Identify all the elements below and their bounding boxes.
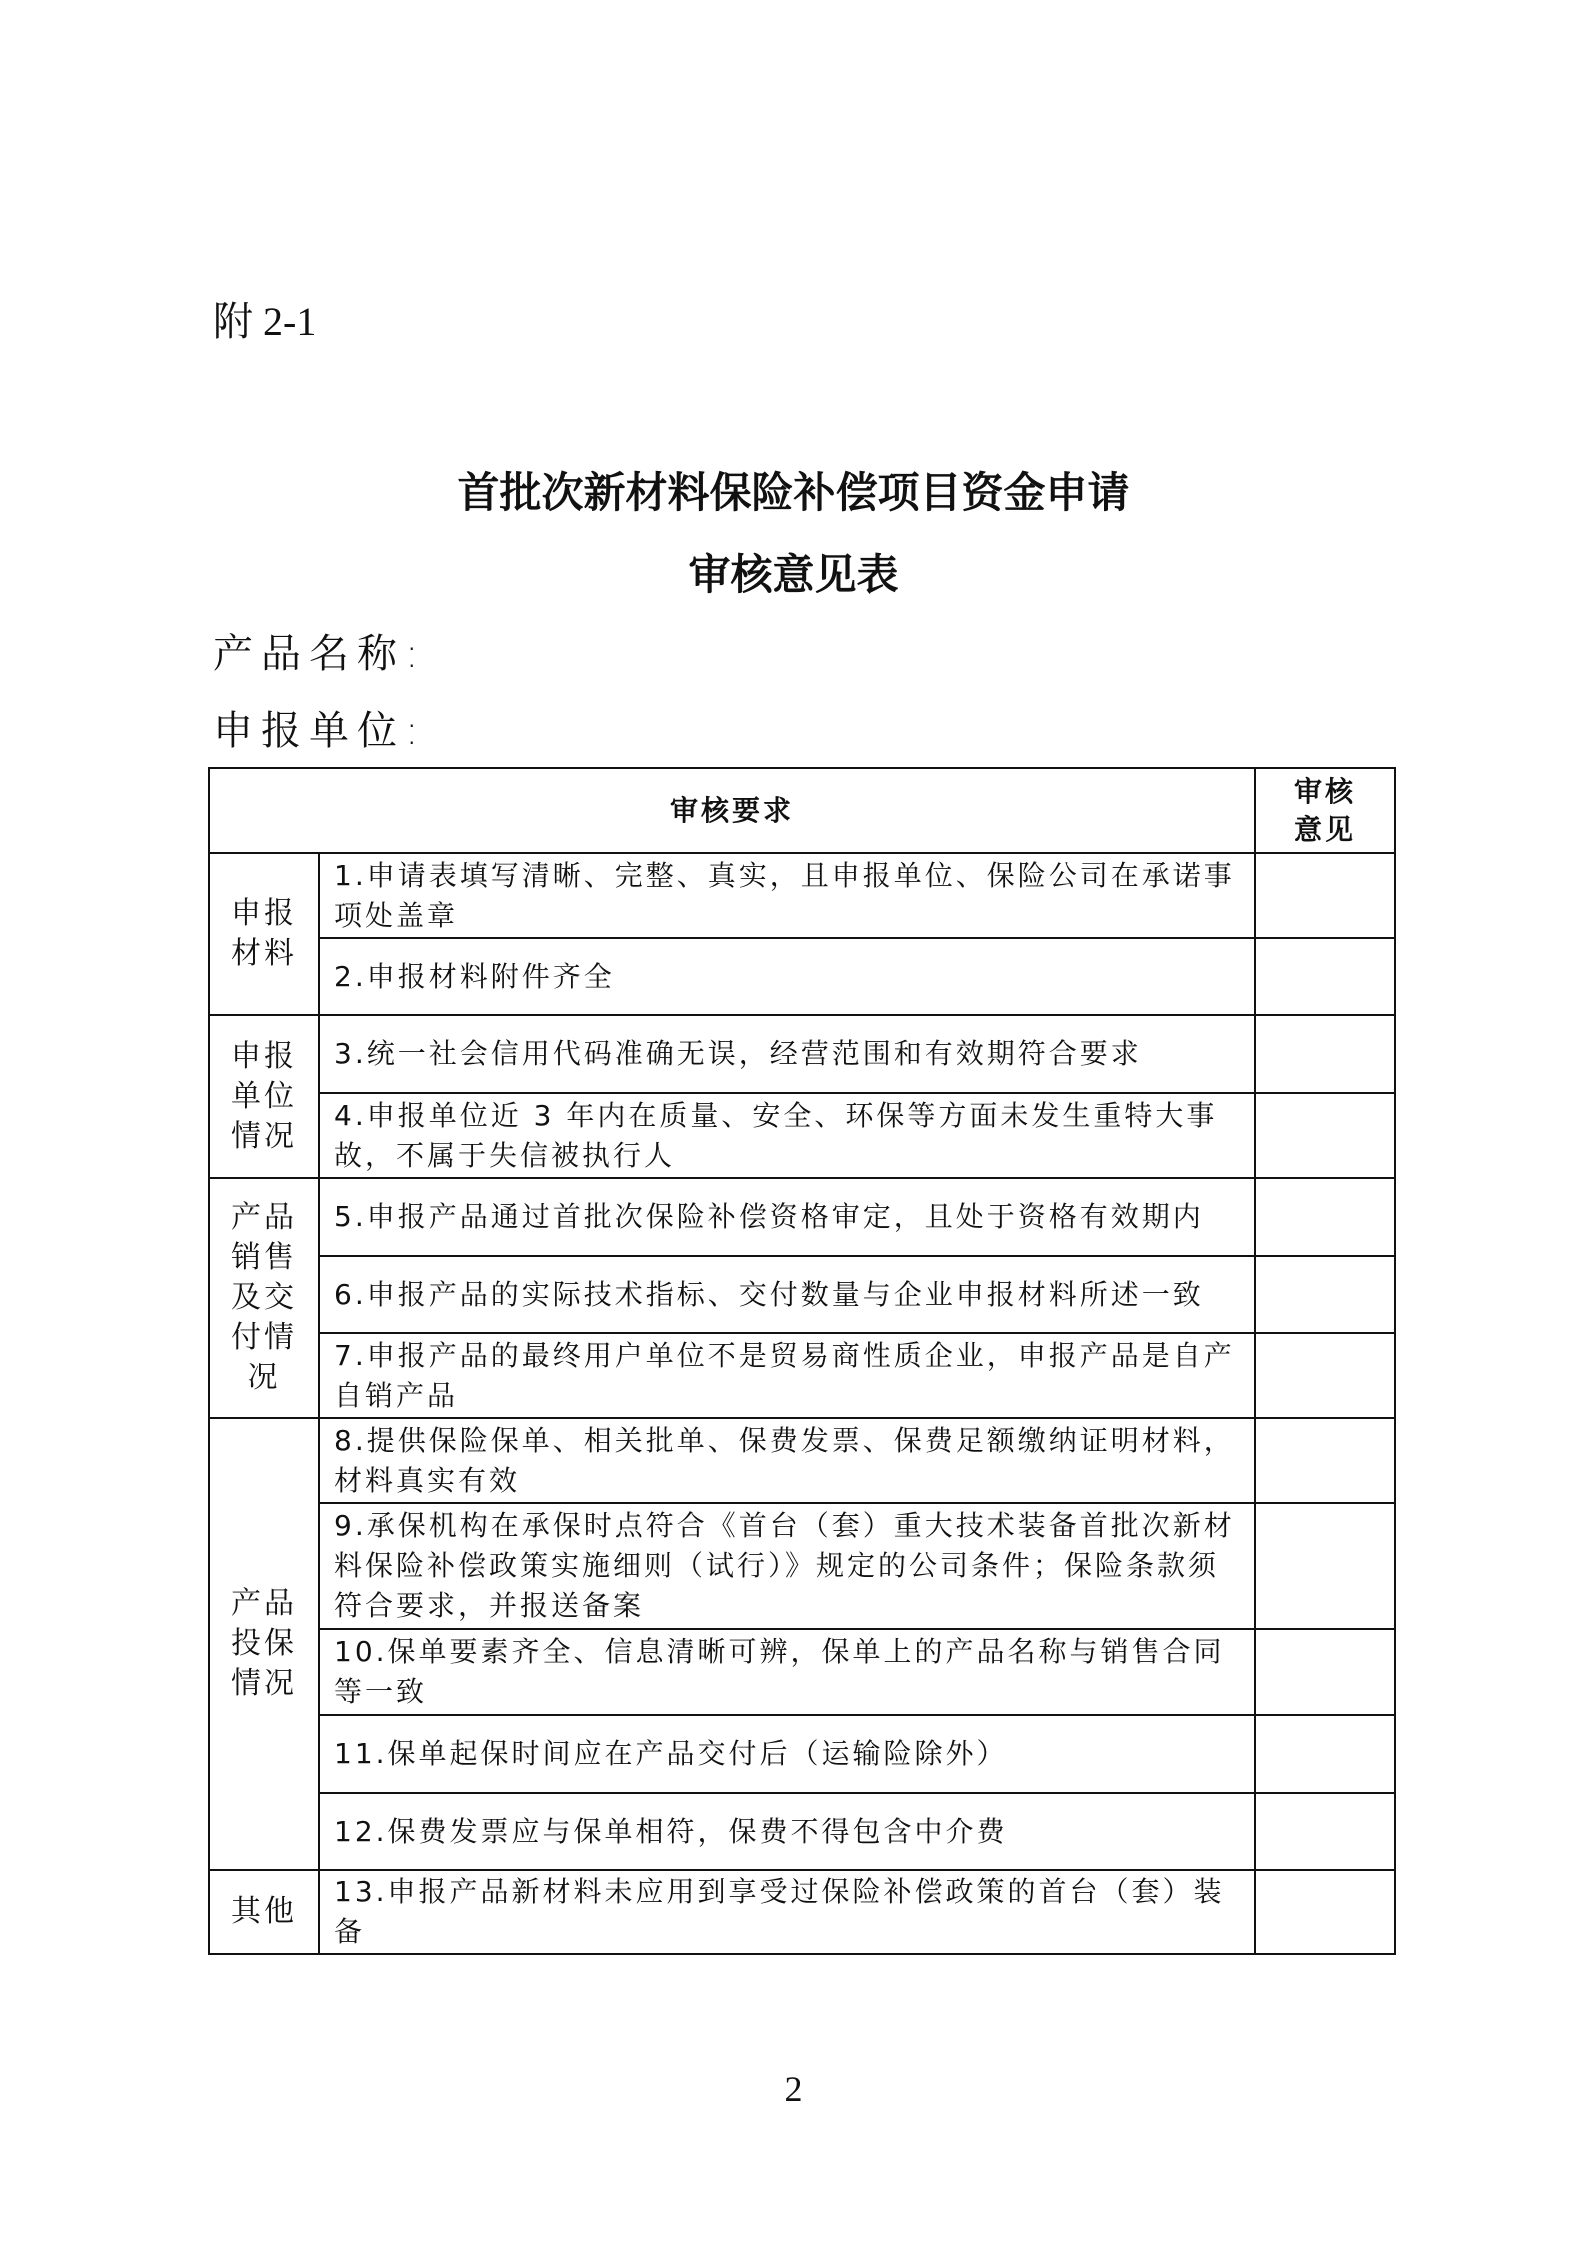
category-cell: 申报材料 (209, 853, 319, 1015)
opinion-cell[interactable] (1255, 1333, 1395, 1418)
category-label: 其他 (231, 1894, 297, 1929)
review-table: 审核要求 审核意见 申报材料 1.申请表填写清晰、完整、真实，且申报单位、保险公… (208, 767, 1396, 1955)
header-opinion-text: 审核意见 (1293, 773, 1357, 849)
opinion-cell[interactable] (1255, 938, 1395, 1015)
page-number: 2 (0, 2068, 1587, 2110)
category-label: 产品销售及交付情况 (231, 1198, 297, 1398)
opinion-cell[interactable] (1255, 1178, 1395, 1256)
requirement-cell: 3.统一社会信用代码准确无误，经营范围和有效期符合要求 (319, 1015, 1255, 1093)
category-label: 申报材料 (231, 894, 297, 974)
category-cell: 产品投保情况 (209, 1418, 319, 1870)
opinion-cell[interactable] (1255, 1015, 1395, 1093)
table-row: 11.保单起保时间应在产品交付后（运输险除外） (209, 1715, 1395, 1793)
category-cell: 其他 (209, 1870, 319, 1954)
table-row: 10.保单要素齐全、信息清晰可辨，保单上的产品名称与销售合同等一致 (209, 1629, 1395, 1715)
table-row: 12.保费发票应与保单相符，保费不得包含中介费 (209, 1793, 1395, 1870)
requirement-cell: 2.申报材料附件齐全 (319, 938, 1255, 1015)
table-row: 4.申报单位近 3 年内在质量、安全、环保等方面未发生重特大事故，不属于失信被执… (209, 1093, 1395, 1178)
opinion-cell[interactable] (1255, 1256, 1395, 1333)
opinion-cell[interactable] (1255, 1093, 1395, 1178)
opinion-cell[interactable] (1255, 1629, 1395, 1715)
requirement-cell: 7.申报产品的最终用户单位不是贸易商性质企业，申报产品是自产自销产品 (319, 1333, 1255, 1418)
category-label: 产品投保情况 (231, 1584, 297, 1704)
requirement-cell: 10.保单要素齐全、信息清晰可辨，保单上的产品名称与销售合同等一致 (319, 1629, 1255, 1715)
opinion-cell[interactable] (1255, 1503, 1395, 1629)
table-row: 产品投保情况 8.提供保险保单、相关批单、保费发票、保费足额缴纳证明材料，材料真… (209, 1418, 1395, 1503)
requirement-cell: 5.申报产品通过首批次保险补偿资格审定，且处于资格有效期内 (319, 1178, 1255, 1256)
table-row: 产品销售及交付情况 5.申报产品通过首批次保险补偿资格审定，且处于资格有效期内 (209, 1178, 1395, 1256)
document-title-line1: 首批次新材料保险补偿项目资金申请 (0, 468, 1587, 518)
document-title-line2: 审核意见表 (0, 550, 1587, 600)
opinion-cell[interactable] (1255, 1715, 1395, 1793)
header-requirements: 审核要求 (209, 768, 1255, 853)
requirement-cell: 12.保费发票应与保单相符，保费不得包含中介费 (319, 1793, 1255, 1870)
category-cell: 产品销售及交付情况 (209, 1178, 319, 1418)
category-cell: 申报单位情况 (209, 1015, 319, 1178)
requirement-cell: 1.申请表填写清晰、完整、真实，且申报单位、保险公司在承诺事项处盖章 (319, 853, 1255, 938)
table-row: 其他 13.申报产品新材料未应用到享受过保险补偿政策的首台（套）装备 (209, 1870, 1395, 1954)
table-row: 6.申报产品的实际技术指标、交付数量与企业申报材料所述一致 (209, 1256, 1395, 1333)
annex-label: 附 2-1 (213, 298, 316, 346)
requirement-cell: 4.申报单位近 3 年内在质量、安全、环保等方面未发生重特大事故，不属于失信被执… (319, 1093, 1255, 1178)
requirement-cell: 8.提供保险保单、相关批单、保费发票、保费足额缴纳证明材料，材料真实有效 (319, 1418, 1255, 1503)
requirement-cell: 11.保单起保时间应在产品交付后（运输险除外） (319, 1715, 1255, 1793)
requirement-cell: 13.申报产品新材料未应用到享受过保险补偿政策的首台（套）装备 (319, 1870, 1255, 1954)
category-label: 申报单位情况 (231, 1037, 297, 1157)
applicant-label: 申报单位: (213, 707, 426, 755)
table-row: 9.承保机构在承保时点符合《首台（套）重大技术装备首批次新材料保险补偿政策实施细… (209, 1503, 1395, 1629)
opinion-cell[interactable] (1255, 1793, 1395, 1870)
requirement-cell: 9.承保机构在承保时点符合《首台（套）重大技术装备首批次新材料保险补偿政策实施细… (319, 1503, 1255, 1629)
table-row: 2.申报材料附件齐全 (209, 938, 1395, 1015)
table-row: 申报单位情况 3.统一社会信用代码准确无误，经营范围和有效期符合要求 (209, 1015, 1395, 1093)
opinion-cell[interactable] (1255, 1418, 1395, 1503)
opinion-cell[interactable] (1255, 1870, 1395, 1954)
product-name-label: 产品名称: (213, 630, 426, 678)
table-row: 7.申报产品的最终用户单位不是贸易商性质企业，申报产品是自产自销产品 (209, 1333, 1395, 1418)
header-opinion: 审核意见 (1255, 768, 1395, 853)
opinion-cell[interactable] (1255, 853, 1395, 938)
table-header-row: 审核要求 审核意见 (209, 768, 1395, 853)
table-row: 申报材料 1.申请表填写清晰、完整、真实，且申报单位、保险公司在承诺事项处盖章 (209, 853, 1395, 938)
requirement-cell: 6.申报产品的实际技术指标、交付数量与企业申报材料所述一致 (319, 1256, 1255, 1333)
